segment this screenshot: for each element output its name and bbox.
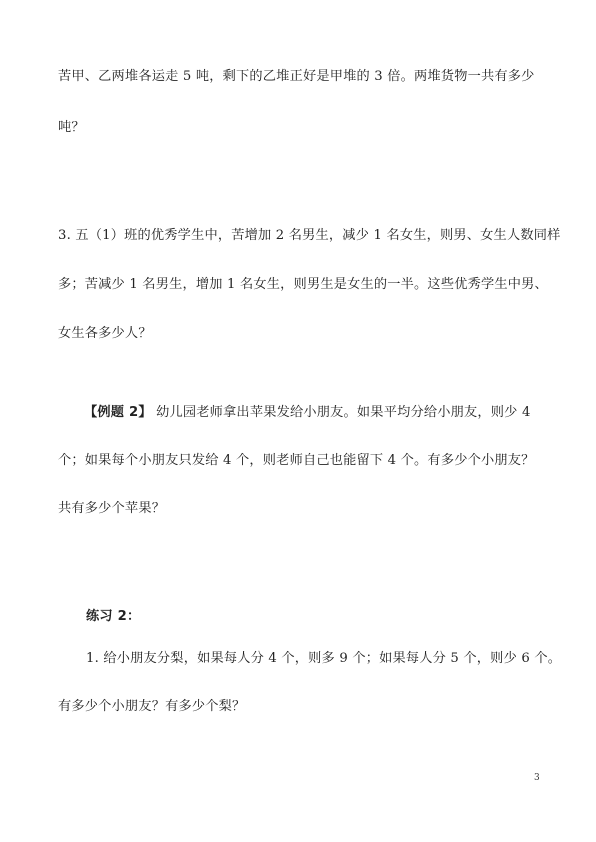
example-2-line-2: 个；如果每个小朋友只发给 4 个，则老师自己也能留下 4 个。有多少个小朋友？	[58, 452, 535, 470]
problem-3-line-3: 女生各多少人？	[58, 325, 152, 343]
text-line: 苦甲、乙两堆各运走 5 吨，剩下的乙堆正好是甲堆的 3 倍。两堆货物一共有多少	[58, 68, 535, 86]
problem-3-line-1: 3. 五（1）班的优秀学生中，苦增加 2 名男生，减少 1 名女生，则男、女生人…	[58, 227, 561, 245]
example-2-line-3: 共有多少个苹果？	[58, 500, 165, 518]
exercise-1-line-1: 1. 给小朋友分梨，如果每人分 4 个，则多 9 个；如果每人分 5 个，则少 …	[86, 650, 561, 668]
example-2-line-1: 【例题 2】 幼儿园老师拿出苹果发给小朋友。如果平均分给小朋友，则少 4	[84, 404, 531, 422]
exercise-heading: 练习 2：	[86, 608, 140, 626]
problem-3-line-2: 多；苦减少 1 名男生，增加 1 名女生，则男生是女生的一半。这些优秀学生中男、	[58, 276, 548, 294]
exercise-1-line-2: 有多少个小朋友？有多少个梨？	[58, 698, 245, 716]
text-line: 吨？	[58, 119, 85, 137]
example-text: 幼儿园老师拿出苹果发给小朋友。如果平均分给小朋友，则少 4	[152, 405, 531, 420]
page-number: 3	[534, 773, 540, 783]
example-label: 【例题 2】	[84, 405, 152, 420]
